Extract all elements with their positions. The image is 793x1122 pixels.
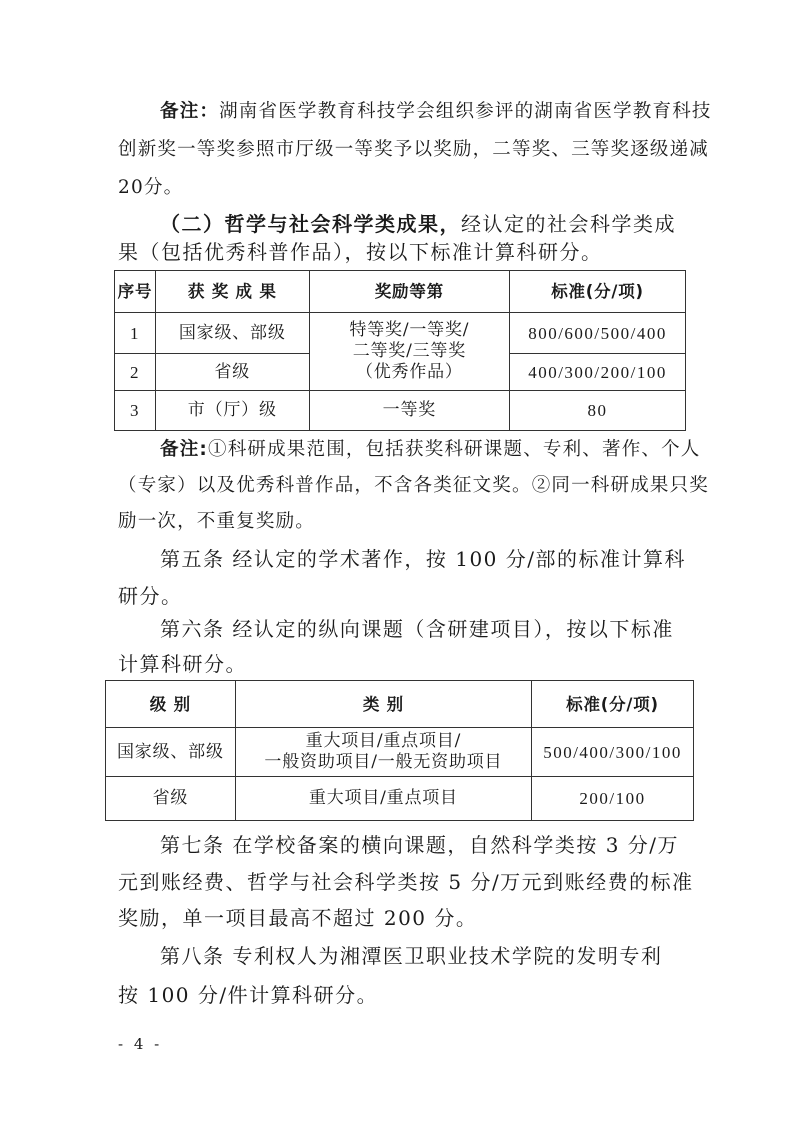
table-row: 国家级、部级 重大项目/重点项目/ 一般资助项目/一般无资助项目 500/400… [106, 728, 694, 777]
header-category: 类 别 [235, 681, 531, 728]
article7-line3: 奖励，单一项目最高不超过 200 分。 [118, 906, 477, 930]
page-number: - 4 - [118, 1035, 162, 1053]
header-no: 序号 [115, 271, 156, 313]
note2-line3: 励一次，不重复奖励。 [118, 510, 315, 534]
note2-line2: （专家）以及优秀科普作品，不含各类征文奖。②同一科研成果只奖 [118, 474, 709, 498]
projects-table: 级 别 类 别 标准(分/项) 国家级、部级 重大项目/重点项目/ 一般资助项目… [105, 680, 694, 821]
note1-line2: 创新奖一等奖参照市厅级一等奖予以奖励，二等奖、三等奖逐级递减 [118, 138, 709, 162]
article7-line2: 元到账经费、哲学与社会科学类按 5 分/万元到账经费的标准 [118, 870, 694, 894]
header-standard: 标准(分/项) [510, 271, 686, 313]
note1-label: 备注： [160, 101, 219, 122]
article8-line1: 第八条 专利权人为湘潭医卫职业技术学院的发明专利 [160, 944, 662, 968]
article8-line2: 按 100 分/件计算科研分。 [118, 983, 378, 1007]
merged-grade-cell: 特等奖/一等奖/ 二等奖/三等奖 （优秀作品） [309, 313, 509, 391]
note1-line3: 20分。 [118, 176, 183, 200]
article5-line1: 第五条 经认定的学术著作，按 100 分/部的标准计算科 [160, 547, 686, 571]
header-level: 级 别 [106, 681, 236, 728]
table-row: 3 市（厅）级 一等奖 80 [115, 391, 686, 431]
article7-line1: 第七条 在学校备案的横向课题，自然科学类按 3 分/万 [160, 833, 679, 857]
header-standard: 标准(分/项) [532, 681, 694, 728]
table-header-row: 序号 获 奖 成 果 奖励等第 标准(分/项) [115, 271, 686, 313]
article6-line1: 第六条 经认定的纵向课题（含研建项目），按以下标准 [160, 617, 674, 641]
note2-line1: 备注:①科研成果范围，包括获奖科研课题、专利、著作、个人 [160, 438, 701, 462]
article6-line2: 计算科研分。 [118, 652, 247, 676]
header-achievement: 获 奖 成 果 [155, 271, 309, 313]
section2-line2: 果（包括优秀科普作品），按以下标准计算科研分。 [118, 240, 603, 264]
section2-heading: （二）哲学与社会科学类成果， [160, 212, 461, 236]
note2-label: 备注: [160, 439, 208, 460]
awards-table: 序号 获 奖 成 果 奖励等第 标准(分/项) 1 国家级、部级 特等奖/一等奖… [114, 270, 686, 431]
table-row: 省级 重大项目/重点项目 200/100 [106, 777, 694, 821]
table-row: 1 国家级、部级 特等奖/一等奖/ 二等奖/三等奖 （优秀作品） 800/600… [115, 313, 686, 354]
note1-line1: 备注：湖南省医学教育科技学会组织参评的湖南省医学教育科技 [160, 100, 712, 124]
section2-heading-line: （二）哲学与社会科学类成果，经认定的社会科学类成 [160, 212, 676, 236]
article5-line2: 研分。 [118, 584, 183, 608]
header-grade: 奖励等第 [309, 271, 509, 313]
table-header-row: 级 别 类 别 标准(分/项) [106, 681, 694, 728]
